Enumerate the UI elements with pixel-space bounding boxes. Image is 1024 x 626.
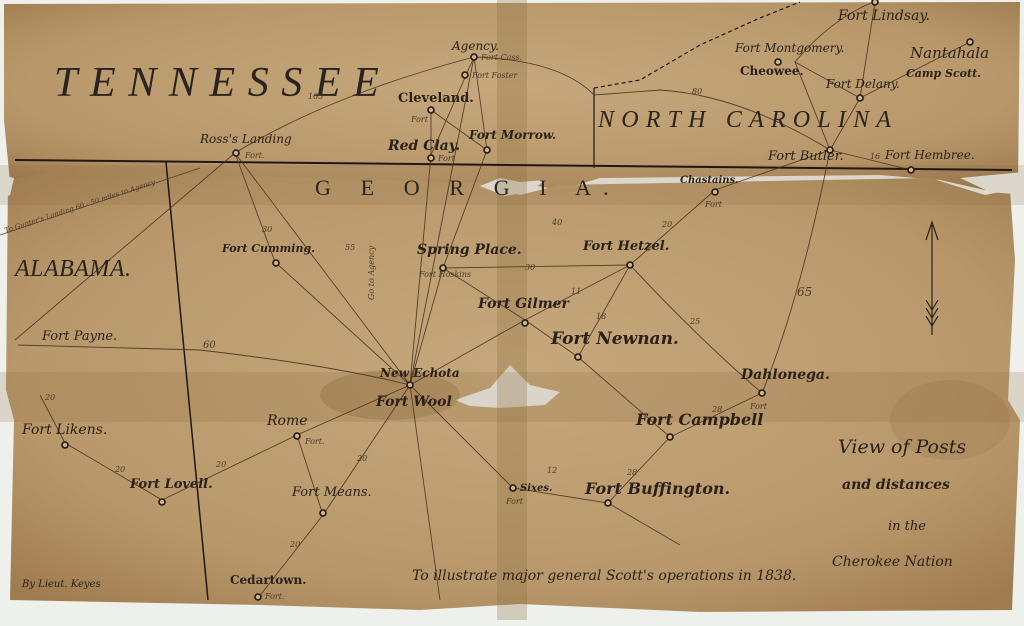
distance-label: 20	[662, 220, 672, 229]
place-label-red-clay-fort: Fort	[438, 155, 455, 163]
place-label-cedartown: Cedartown.	[230, 574, 306, 586]
distance-label: 30	[525, 263, 535, 272]
state-label-north-carolina: NORTH CAROLINA	[598, 108, 898, 132]
distance-label: 11	[571, 287, 581, 296]
place-label-ross-landing: Ross's Landing	[200, 133, 292, 145]
distance-label: 20	[357, 454, 367, 463]
road-note-go-to-agency: Go to Agency	[368, 246, 376, 300]
place-label-camp-scott: Camp Scott.	[906, 68, 981, 79]
place-label-spring-place: Spring Place.	[417, 243, 522, 257]
place-label-new-echota: New Echota	[380, 367, 460, 379]
place-label-fort-foster: Fort Foster	[472, 72, 517, 80]
place-label-sixes: Sixes.	[520, 484, 552, 494]
place-label-ross-landing-fort: Fort.	[245, 152, 265, 160]
state-label-tennessee: TENNESSEE	[54, 62, 391, 104]
place-label-fort-lovell: Fort Lovell.	[130, 478, 213, 491]
place-label-rome-fort: Fort.	[305, 438, 325, 446]
place-label-fort-lindsay: Fort Lindsay.	[838, 9, 930, 23]
distance-label: 20	[115, 465, 125, 474]
place-label-chastains: Chastains.	[680, 176, 739, 186]
place-label-fort-butler: Fort Butler.	[768, 150, 844, 163]
place-label-fort-wool: Fort Wool	[376, 395, 452, 409]
place-label-agency: Agency.	[452, 40, 499, 52]
place-label-rome: Rome	[267, 414, 308, 428]
map-author: By Lieut. Keyes	[22, 580, 101, 590]
fold-stain-horizontal-mid	[0, 372, 1024, 422]
distance-label: 65	[797, 285, 812, 299]
distance-label: 55	[345, 243, 355, 252]
place-label-chastains-fort: Fort	[705, 201, 722, 209]
place-label-fort-campbell: Fort Campbell	[636, 412, 763, 428]
distance-label: 28	[712, 405, 722, 414]
distance-label: 12	[547, 466, 557, 475]
place-label-fort-payne: Fort Payne.	[42, 330, 117, 343]
place-label-fort-newnan: Fort Newnan.	[551, 331, 679, 348]
place-label-cedartown-fort: Fort.	[265, 593, 285, 601]
place-label-fort-hembree: Fort Hembree.	[885, 149, 975, 161]
place-label-fort-cumming: Fort Cumming.	[222, 243, 315, 254]
distance-label: 25	[690, 317, 700, 326]
map-title-line-3: in the	[888, 520, 926, 533]
place-label-red-clay: Red Clay.	[388, 139, 460, 153]
state-label-alabama: ALABAMA.	[15, 257, 131, 281]
place-label-dahlonega: Dahlonega.	[741, 368, 830, 382]
place-label-nantahala: Nantahala	[910, 46, 989, 61]
distance-label: 18	[596, 312, 606, 321]
distance-label: 16	[870, 152, 880, 161]
state-label-georgia: G E O R G I A.	[315, 177, 621, 199]
place-label-cheowee: Cheowee.	[740, 65, 804, 77]
place-label-fort-hoskins: Fort Hoskins	[419, 271, 471, 279]
place-label-fort-morrow: Fort Morrow.	[469, 129, 556, 141]
distance-label: 20	[290, 540, 300, 549]
distance-label: 40	[552, 218, 562, 227]
distance-label: 80	[692, 87, 702, 96]
place-label-fort-buffington: Fort Buffington.	[585, 481, 730, 497]
map-title-line-1: View of Posts	[838, 438, 966, 457]
distance-label: 30	[262, 225, 272, 234]
map-subtitle: To illustrate major general Scott's oper…	[412, 569, 796, 583]
map-title-line-2: and distances	[842, 478, 950, 492]
distance-label: 60	[203, 340, 216, 351]
place-label-cleveland-fort: Fort	[411, 116, 428, 124]
place-label-fort-means: Fort Means.	[292, 486, 372, 499]
map-title-line-4: Cherokee Nation	[832, 555, 953, 569]
place-label-fort-hetzel: Fort Hetzel.	[583, 240, 669, 253]
place-label-fort-gilmer: Fort Gilmer	[478, 297, 569, 311]
place-label-fort-delany: Fort Delany.	[826, 78, 900, 90]
place-label-sixes-fort: Fort	[506, 498, 523, 506]
distance-label: 105	[308, 92, 323, 101]
distance-label: 28	[627, 468, 637, 477]
distance-label: 20	[45, 393, 55, 402]
place-label-fort-cass: Fort Cass.	[481, 54, 522, 62]
place-label-fort-montgomery: Fort Montgomery.	[735, 42, 844, 54]
distance-label: 20	[216, 460, 226, 469]
place-label-cleveland: Cleveland.	[398, 92, 474, 105]
place-label-fort-likens: Fort Likens.	[22, 423, 107, 437]
